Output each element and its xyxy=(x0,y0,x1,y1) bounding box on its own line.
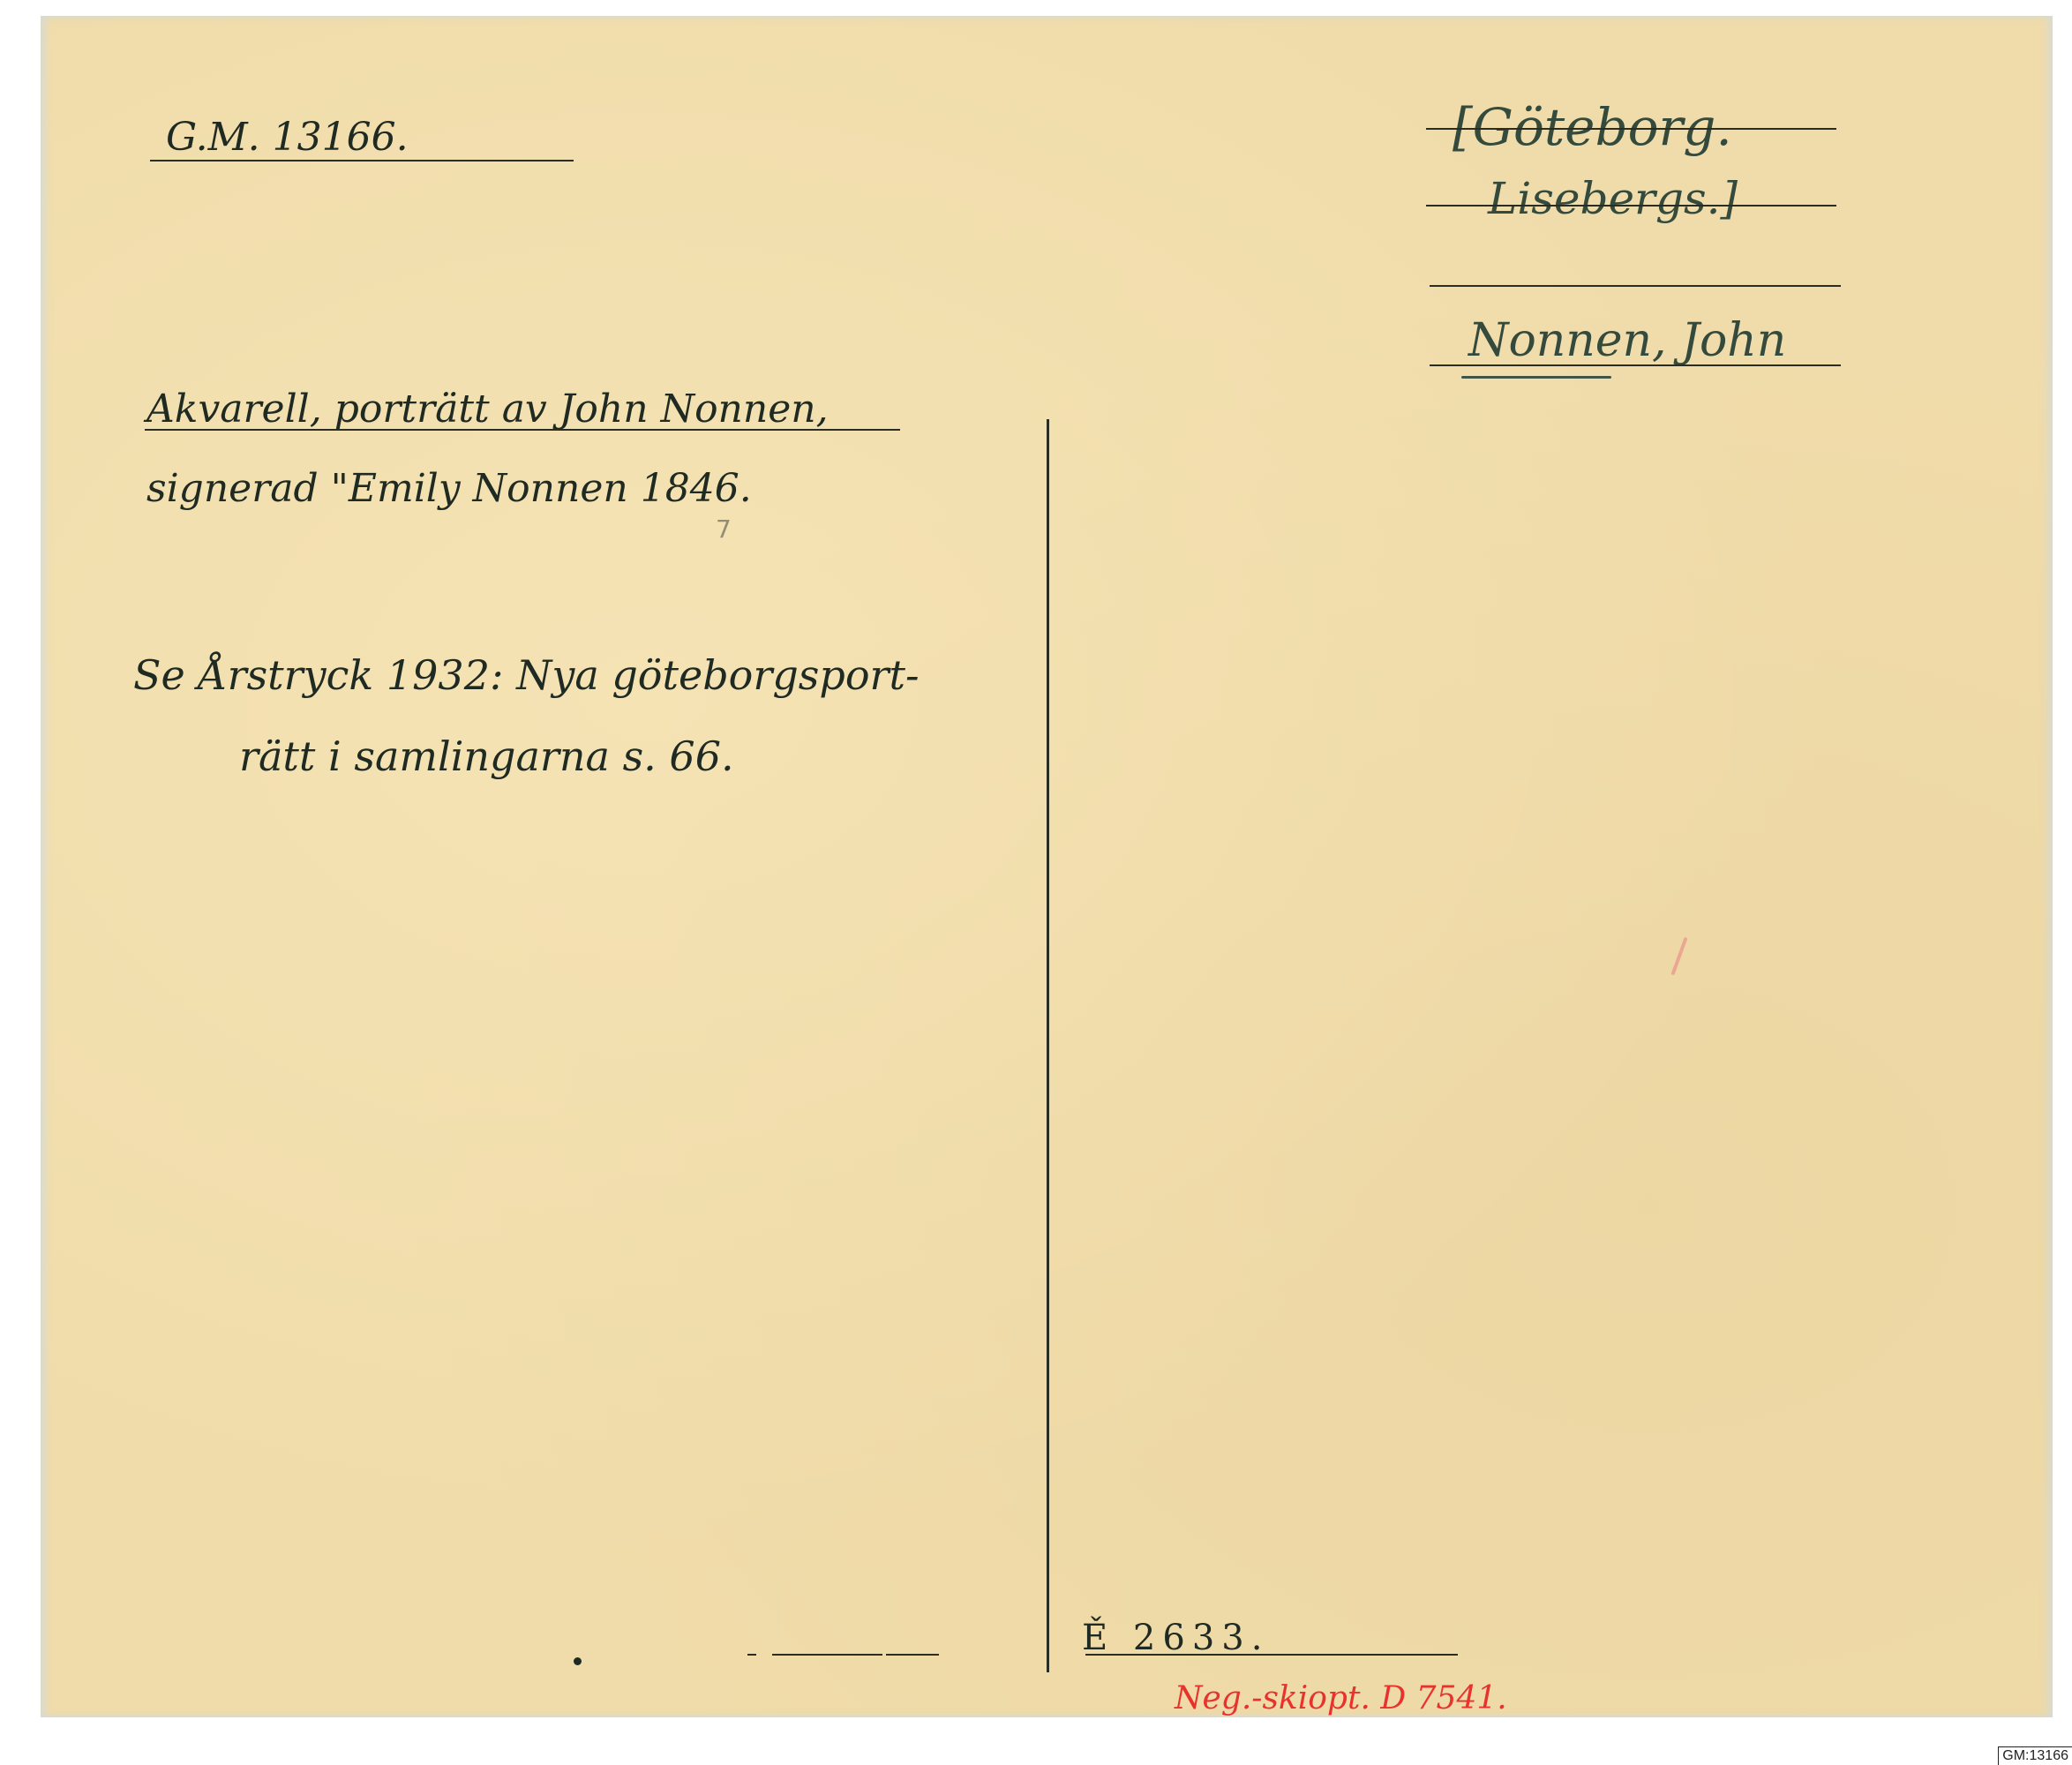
catalog-number: G.M. 13166. xyxy=(166,115,409,160)
bottom-left-rule-2 xyxy=(772,1654,882,1656)
location-line-1: [Göteborg. xyxy=(1453,97,1732,157)
footer-id-label: GM:13166 xyxy=(1998,1746,2072,1765)
register-rule xyxy=(1085,1654,1458,1656)
bottom-left-rule-3 xyxy=(886,1654,939,1656)
subject-rule-bottom xyxy=(1430,364,1841,366)
catalog-card: G.M. 13166. [Göteborg. Lisebergs.] Nonne… xyxy=(41,16,2053,1717)
bottom-left-rule-1 xyxy=(747,1654,756,1656)
subject-underline xyxy=(1461,376,1611,379)
location-rule-1 xyxy=(1426,128,1836,130)
description-line-2: signerad "Emily Nonnen 1846. xyxy=(146,466,752,511)
negative-note: Neg.-skiopt. D 7541. xyxy=(1175,1680,1507,1716)
location-rule-2 xyxy=(1426,205,1836,207)
description-line-1: Akvarell, porträtt av John Nonnen, xyxy=(146,387,829,432)
vertical-divider xyxy=(1047,419,1049,1672)
subject-rule-top xyxy=(1430,285,1841,287)
subject-name: Nonnen, John xyxy=(1468,314,1786,367)
stray-pencil-mark: 7 xyxy=(716,514,732,544)
reference-line-1: Se Årstryck 1932: Nya göteborgsport- xyxy=(133,651,920,699)
location-line-2: Lisebergs.] xyxy=(1488,173,1738,224)
catalog-number-rule xyxy=(150,160,574,161)
reference-line-2: rätt i samlingarna s. 66. xyxy=(239,732,734,780)
bottom-left-dot xyxy=(574,1657,582,1665)
register-number: Ě 2633. xyxy=(1082,1618,1269,1658)
red-stain-mark xyxy=(1670,937,1687,976)
description-underline xyxy=(145,429,900,431)
